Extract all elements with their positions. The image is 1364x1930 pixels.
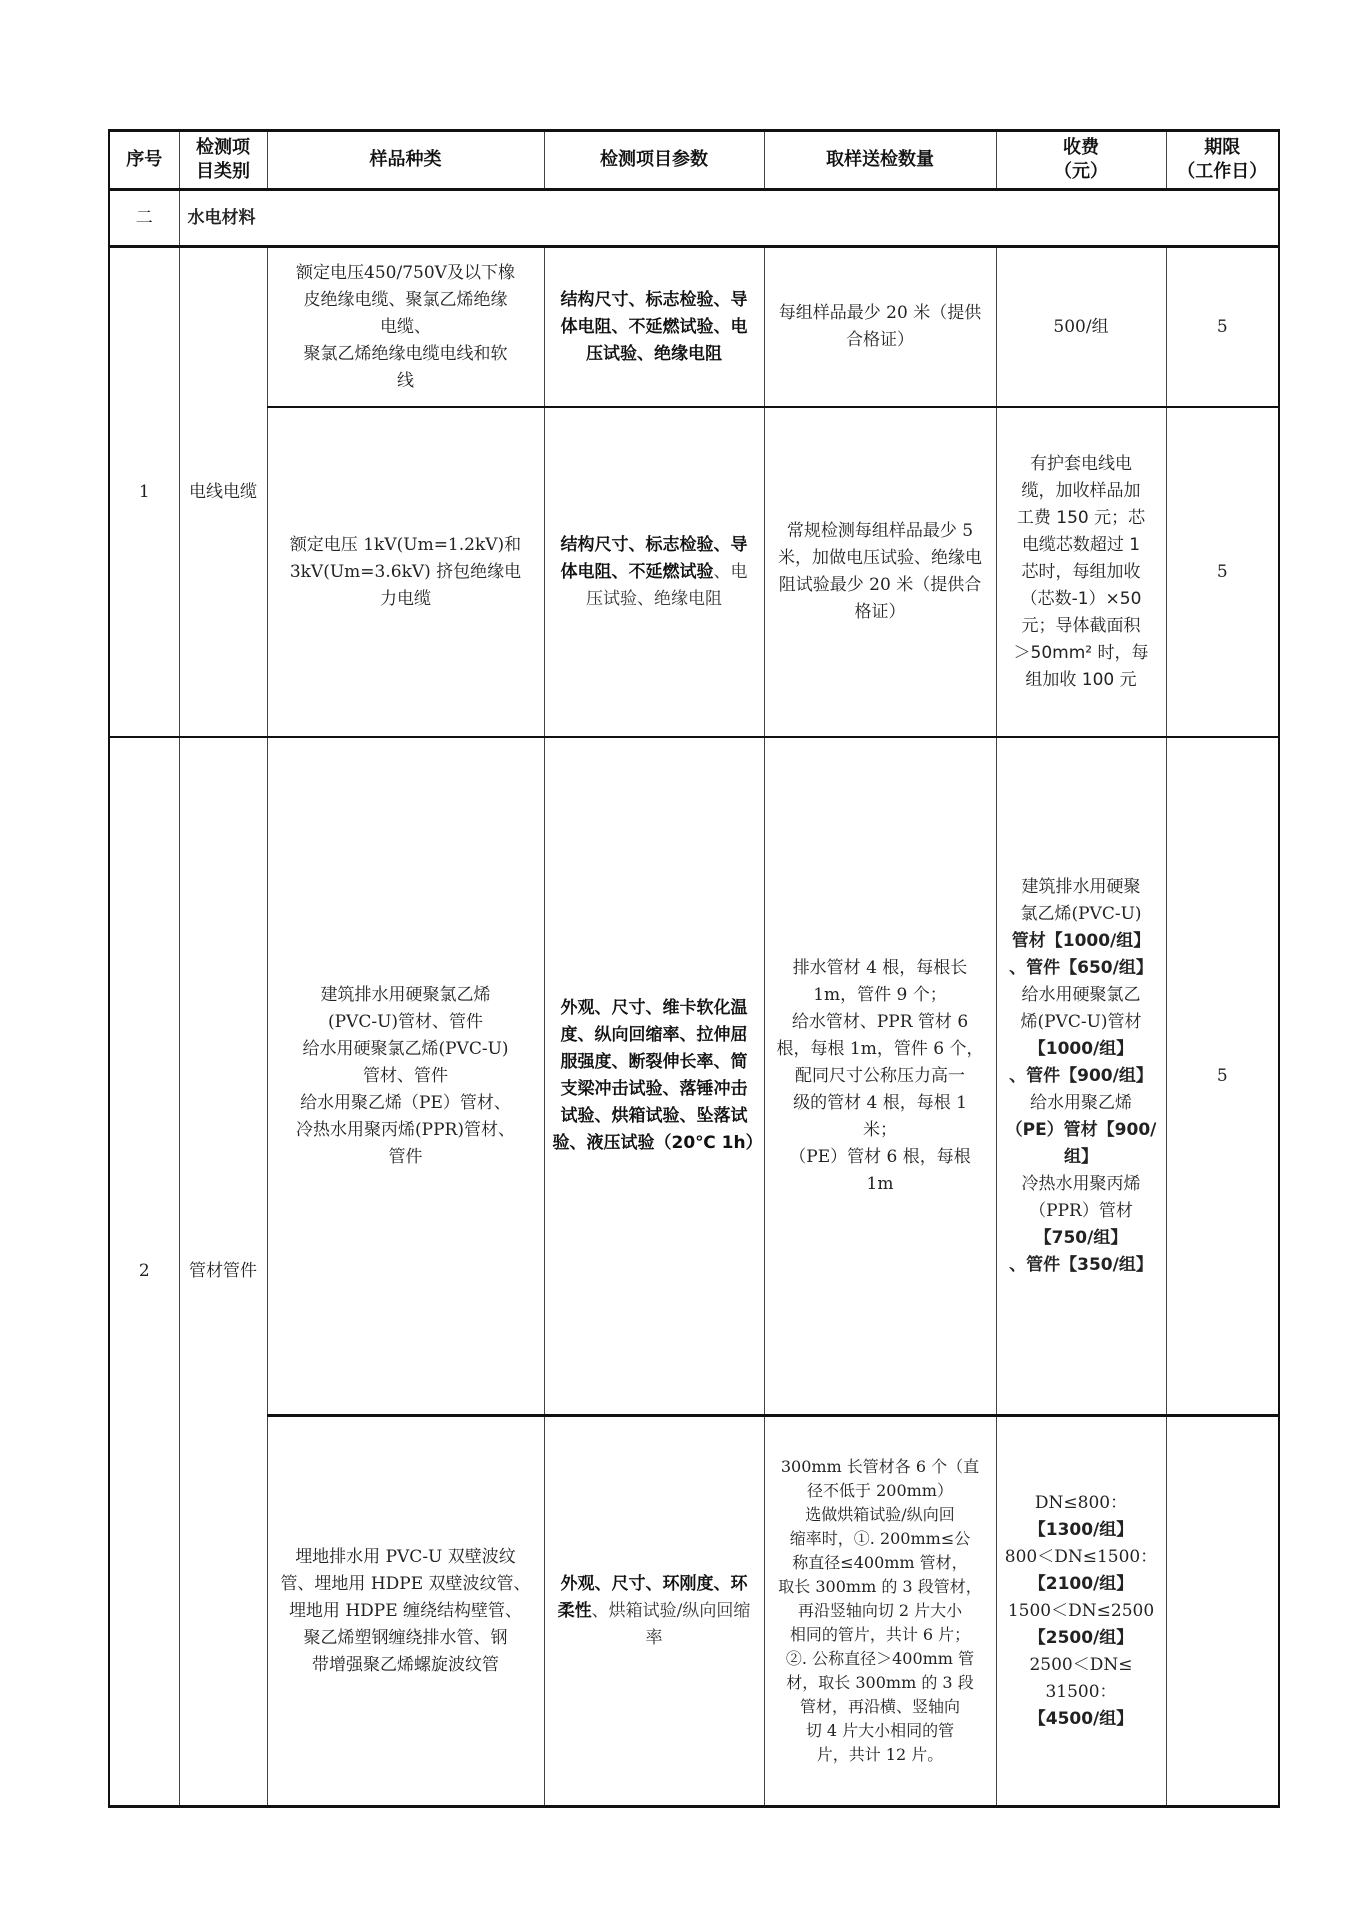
fee-line: 800＜DN≤1500： <box>1005 1544 1158 1571</box>
sample-type-line: 给水用聚乙烯（PE）管材、 <box>276 1090 536 1117</box>
sampling-qty-line: （PE）管材 6 根，每根 <box>773 1144 988 1171</box>
sampling-qty-line: 米； <box>773 1117 988 1144</box>
sampling-qty-line: ②. 公称直径＞400mm 管 <box>773 1647 988 1671</box>
header-period: 期限 （工作日） <box>1166 131 1279 190</box>
table-row: 埋地排水用 PVC-U 双壁波纹 管、埋地用 HDPE 双壁波纹管、 埋地用 H… <box>109 1416 1279 1807</box>
sampling-qty-line: 1m <box>773 1171 988 1198</box>
sampling-qty-line: 1m，管件 9 个； <box>773 982 988 1009</box>
sample-type-line: (PVC-U)管材、管件 <box>276 1009 536 1036</box>
fee-cell: 500/组 <box>996 247 1166 408</box>
fee-line: 【1000/组】 <box>1005 1036 1158 1063</box>
fee-line: 【1300/组】 <box>1005 1517 1158 1544</box>
period-cell: 5 <box>1166 247 1279 408</box>
test-params-bold: 结构尺寸、标志检验、导体电阻、不延燃试验、电压试验、绝缘电阻 <box>561 290 748 364</box>
test-params-cell: 结构尺寸、标志检验、导体电阻、不延燃试验、电压试验、绝缘电阻 <box>544 247 764 408</box>
sampling-qty-line: 径不低于 200mm） <box>773 1479 988 1503</box>
sampling-qty-line: 切 4 片大小相同的管 <box>773 1719 988 1743</box>
sample-type-line: 电缆、 <box>276 314 536 341</box>
sample-type-line: 建筑排水用硬聚氯乙烯 <box>276 982 536 1009</box>
sampling-qty-cell: 常规检测每组样品最少 5 米，加做电压试验、绝缘电阻试验最少 20 米（提供合格… <box>764 407 996 737</box>
sampling-qty-line: 取长 300mm 的 3 段管材， <box>773 1575 988 1599</box>
sample-type-line: 埋地用 HDPE 缠绕结构壁管、 <box>276 1598 536 1625</box>
sample-type-line: 线 <box>276 368 536 395</box>
header-sampling-qty: 取样送检数量 <box>764 131 996 190</box>
sampling-qty-line: 级的管材 4 根，每根 1 <box>773 1090 988 1117</box>
table-row: 2 管材管件 建筑排水用硬聚氯乙烯 (PVC-U)管材、管件 给水用硬聚氯乙烯(… <box>109 737 1279 1416</box>
header-test-params: 检测项目参数 <box>544 131 764 190</box>
fee-line: 、管件【650/组】 <box>1005 955 1158 982</box>
fee-line: ＞50mm² 时，每 <box>1005 640 1158 667</box>
header-fee: 收费 （元） <box>996 131 1166 190</box>
test-params-cell: 外观、尺寸、维卡软化温度、纵向回缩率、拉伸屈服强度、断裂伸长率、简支梁冲击试验、… <box>544 737 764 1416</box>
section-title: 水电材料 <box>179 190 1279 247</box>
fee-line: 、管件【900/组】 <box>1005 1063 1158 1090</box>
test-params-cell: 外观、尺寸、环刚度、环柔性、烘箱试验/纵向回缩率 <box>544 1416 764 1807</box>
section-row: 二 水电材料 <box>109 190 1279 247</box>
header-category-line1: 检测项 <box>188 136 259 160</box>
fee-line: 元；导体截面积 <box>1005 613 1158 640</box>
fee-line: 建筑排水用硬聚 <box>1005 874 1158 901</box>
table-row: 额定电压 1kV(Um=1.2kV)和 3kV(Um=3.6kV) 挤包绝缘电 … <box>109 407 1279 737</box>
fee-line: 有护套电线电 <box>1005 451 1158 478</box>
fee-line: 【2100/组】 <box>1005 1571 1158 1598</box>
fee-line: 【750/组】 <box>1005 1225 1158 1252</box>
fee-line: 、管件【350/组】 <box>1005 1252 1158 1279</box>
sample-type-line: 额定电压 1kV(Um=1.2kV)和 <box>276 532 536 559</box>
fee-line: 给水用硬聚氯乙 <box>1005 982 1158 1009</box>
sample-type-line: 额定电压450/750V及以下橡 <box>276 260 536 287</box>
header-period-line2: （工作日） <box>1175 160 1271 184</box>
fee-cell: 建筑排水用硬聚 氯乙烯(PVC-U) 管材【1000/组】 、管件【650/组】… <box>996 737 1166 1416</box>
header-category-line2: 目类别 <box>188 160 259 184</box>
sampling-qty-cell: 每组样品最少 20 米（提供合格证） <box>764 247 996 408</box>
header-no: 序号 <box>109 131 179 190</box>
sample-type-line: 埋地排水用 PVC-U 双壁波纹 <box>276 1544 536 1571</box>
sampling-qty-line: 300mm 长管材各 6 个（直 <box>773 1455 988 1479</box>
fee-line: 冷热水用聚丙烯 <box>1005 1171 1158 1198</box>
sample-type-line: 3kV(Um=3.6kV) 挤包绝缘电 <box>276 559 536 586</box>
sampling-qty-line: 再沿竖轴向切 2 片大小 <box>773 1599 988 1623</box>
fee-line: DN≤800： <box>1005 1490 1158 1517</box>
sample-type-line: 给水用硬聚氯乙烯(PVC-U) <box>276 1036 536 1063</box>
fee-line: 烯(PVC-U)管材 <box>1005 1009 1158 1036</box>
fee-line: 2500＜DN≤ <box>1005 1652 1158 1679</box>
fee-line: 【2500/组】 <box>1005 1625 1158 1652</box>
period-cell: 5 <box>1166 737 1279 1416</box>
sample-type-line: 管、埋地用 HDPE 双壁波纹管、 <box>276 1571 536 1598</box>
section-number: 二 <box>109 190 179 247</box>
sample-type-line: 聚氯乙烯绝缘电缆电线和软 <box>276 341 536 368</box>
header-period-line1: 期限 <box>1175 136 1271 160</box>
fee-cell: 有护套电线电 缆，加收样品加 工费 150 元；芯 电缆芯数超过 1 芯时，每组… <box>996 407 1166 737</box>
row-category: 电线电缆 <box>179 247 267 738</box>
sampling-qty-line: 管材，再沿横、竖轴向 <box>773 1695 988 1719</box>
fee-line: （PPR）管材 <box>1005 1198 1158 1225</box>
sample-type-cell: 埋地排水用 PVC-U 双壁波纹 管、埋地用 HDPE 双壁波纹管、 埋地用 H… <box>267 1416 544 1807</box>
sampling-qty-line: 配同尺寸公称压力高一 <box>773 1063 988 1090</box>
sample-type-line: 带增强聚乙烯螺旋波纹管 <box>276 1652 536 1679</box>
fee-line: 1500＜DN≤2500 <box>1005 1598 1158 1625</box>
sampling-qty-line: 称直径≤400mm 管材， <box>773 1551 988 1575</box>
fee-line: 芯时，每组加收 <box>1005 559 1158 586</box>
table-header-row: 序号 检测项 目类别 样品种类 检测项目参数 取样送检数量 收费 （元） 期限 … <box>109 131 1279 190</box>
fee-line: 管材【1000/组】 <box>1005 928 1158 955</box>
sampling-qty-cell: 排水管材 4 根，每根长 1m，管件 9 个； 给水管材、PPR 管材 6 根，… <box>764 737 996 1416</box>
header-fee-line1: 收费 <box>1005 136 1158 160</box>
test-params-cell: 结构尺寸、标志检验、导体电阻、不延燃试验、电压试验、绝缘电阻 <box>544 407 764 737</box>
row-number: 2 <box>109 737 179 1807</box>
period-cell: 5 <box>1166 407 1279 737</box>
fee-line: 电缆芯数超过 1 <box>1005 532 1158 559</box>
sample-type-line: 管材、管件 <box>276 1063 536 1090</box>
header-sample-type: 样品种类 <box>267 131 544 190</box>
fee-line: 组】 <box>1005 1144 1158 1171</box>
table-row: 1 电线电缆 额定电压450/750V及以下橡 皮绝缘电缆、聚氯乙烯绝缘 电缆、… <box>109 247 1279 408</box>
sample-type-cell: 额定电压450/750V及以下橡 皮绝缘电缆、聚氯乙烯绝缘 电缆、 聚氯乙烯绝缘… <box>267 247 544 408</box>
fee-schedule-table: 序号 检测项 目类别 样品种类 检测项目参数 取样送检数量 收费 （元） 期限 … <box>108 129 1280 1808</box>
fee-line: （PE）管材【900/ <box>1005 1117 1158 1144</box>
fee-line: 【4500/组】 <box>1005 1706 1158 1733</box>
fee-line: （芯数-1）×50 <box>1005 586 1158 613</box>
document-page: 序号 检测项 目类别 样品种类 检测项目参数 取样送检数量 收费 （元） 期限 … <box>0 0 1364 1930</box>
sampling-qty-line: 给水管材、PPR 管材 6 <box>773 1009 988 1036</box>
fee-line: 工费 150 元；芯 <box>1005 505 1158 532</box>
sampling-qty-line: 材，取长 300mm 的 3 段 <box>773 1671 988 1695</box>
fee-line: 缆，加收样品加 <box>1005 478 1158 505</box>
sampling-qty-cell: 300mm 长管材各 6 个（直 径不低于 200mm） 选做烘箱试验/纵向回 … <box>764 1416 996 1807</box>
header-fee-line2: （元） <box>1005 160 1158 184</box>
sample-type-line: 力电缆 <box>276 586 536 613</box>
sample-type-cell: 建筑排水用硬聚氯乙烯 (PVC-U)管材、管件 给水用硬聚氯乙烯(PVC-U) … <box>267 737 544 1416</box>
sampling-qty-line: 选做烘箱试验/纵向回 <box>773 1503 988 1527</box>
period-cell <box>1166 1416 1279 1807</box>
sample-type-cell: 额定电压 1kV(Um=1.2kV)和 3kV(Um=3.6kV) 挤包绝缘电 … <box>267 407 544 737</box>
test-params-plain: 、烘箱试验/纵向回缩率 <box>592 1601 751 1648</box>
fee-line: 31500： <box>1005 1679 1158 1706</box>
sampling-qty-line: 缩率时，①. 200mm≤公 <box>773 1527 988 1551</box>
sample-type-line: 聚乙烯塑钢缠绕排水管、钢 <box>276 1625 536 1652</box>
row-category: 管材管件 <box>179 737 267 1807</box>
fee-cell: DN≤800： 【1300/组】 800＜DN≤1500： 【2100/组】 1… <box>996 1416 1166 1807</box>
fee-line: 氯乙烯(PVC-U) <box>1005 901 1158 928</box>
sampling-qty-line: 片，共计 12 片。 <box>773 1743 988 1767</box>
test-params-bold: 外观、尺寸、维卡软化温度、纵向回缩率、拉伸屈服强度、断裂伸长率、简支梁冲击试验、… <box>553 998 763 1153</box>
fee-line: 给水用聚乙烯 <box>1005 1090 1158 1117</box>
sampling-qty-line: 根，每根 1m，管件 6 个， <box>773 1036 988 1063</box>
sample-type-line: 管件 <box>276 1144 536 1171</box>
sample-type-line: 皮绝缘电缆、聚氯乙烯绝缘 <box>276 287 536 314</box>
row-number: 1 <box>109 247 179 738</box>
fee-line: 组加收 100 元 <box>1005 667 1158 694</box>
sampling-qty-line: 相同的管片，共计 6 片； <box>773 1623 988 1647</box>
header-category: 检测项 目类别 <box>179 131 267 190</box>
sample-type-line: 冷热水用聚丙烯(PPR)管材、 <box>276 1117 536 1144</box>
sampling-qty-line: 排水管材 4 根，每根长 <box>773 955 988 982</box>
